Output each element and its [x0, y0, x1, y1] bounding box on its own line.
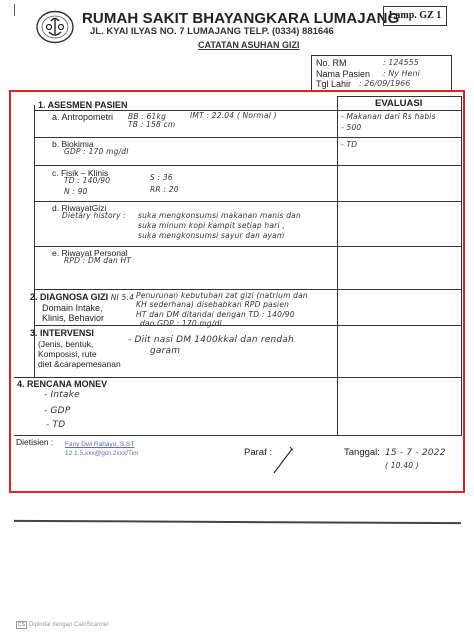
- evaluasi-line1: - Makanan dari Rs habis: [341, 112, 436, 121]
- fisik-rr: RR : 20: [150, 185, 179, 194]
- biokimia-value: GDP : 170 mg/dl: [64, 147, 129, 156]
- intervensi-title: 3. INTERVENSI: [30, 328, 94, 338]
- section-asesmen-title: 1. ASESMEN PASIEN: [38, 100, 128, 110]
- intervensi-line1: - Diit nasi DM 1400kkal dan rendah: [128, 335, 294, 345]
- camscanner-logo-icon: CS: [16, 621, 27, 629]
- row-divider-c: [34, 201, 462, 202]
- paraf-label: Paraf :: [244, 447, 272, 458]
- table-top-border-eval: [337, 96, 461, 97]
- rencana-monev-title: 4. RENCANA MONEV: [17, 379, 107, 389]
- monev-item-gdp: - GDP: [44, 406, 70, 416]
- tanggal-label: Tanggal:: [344, 447, 380, 458]
- evaluasi-line2: - 500: [341, 123, 361, 132]
- police-hospital-emblem-icon: [35, 10, 75, 44]
- table-right-border: [461, 96, 462, 435]
- riwayat-gizi-prefix: Dietary history :: [62, 211, 126, 220]
- intervensi-line2: garam: [150, 346, 180, 356]
- fisik-td: TD : 140/90: [64, 176, 110, 185]
- no-rm-value: : 124555: [383, 58, 419, 69]
- diagnosa-line2: KH sederhana) disebabkan RPD pasien: [136, 300, 289, 309]
- evaluasi-line3: - TD: [341, 140, 357, 149]
- patient-name-value: : Ny Heni: [383, 69, 420, 80]
- dietisien-id-stamp: 12.1.5.xxx@gizi.2xxx/Tim: [65, 450, 139, 457]
- antropometri-imt: IMT : 22.04 ( Normal ): [190, 111, 277, 120]
- monev-item-td: - TD: [46, 420, 65, 430]
- monev-item-intake: - Intake: [44, 390, 80, 400]
- fisik-n: N : 90: [64, 187, 88, 196]
- dob-value: : 26/09/1966: [359, 79, 410, 90]
- diagnosa-domain-label-2: Klinis, Behavior: [42, 313, 104, 323]
- riwayat-gizi-line2: suka minum kopi kampit setiap hari ,: [138, 221, 285, 230]
- row-divider-diagnosa: [34, 325, 462, 326]
- evaluasi-column-title: EVALUASI: [375, 98, 422, 109]
- intervensi-sub-1: (Jenis, bentuk,: [38, 339, 93, 349]
- evaluasi-column-divider: [337, 96, 338, 435]
- tanggal-time: ( 10.40 ): [385, 461, 419, 470]
- form-title: CATATAN ASUHAN GIZI: [198, 40, 300, 50]
- row-divider-e: [34, 289, 462, 290]
- form-code-box: Lamp. GZ 1: [383, 6, 447, 26]
- row-divider-d: [34, 246, 462, 247]
- diagnosa-code: NI 5.4: [111, 293, 134, 302]
- dob-row: Tgl Lahir : 26/09/1966: [316, 79, 451, 90]
- diagnosa-line1: Penurunan kebutuhan zat gizi (natrium da…: [136, 291, 308, 300]
- dob-label: Tgl Lahir: [316, 79, 356, 90]
- row-divider-intervensi: [14, 377, 462, 378]
- riwayat-personal-value: RPD : DM dan HT: [64, 256, 131, 265]
- intervensi-sub-3: diet &carapemesanan: [38, 359, 121, 369]
- tanggal-value: 15 - 7 - 2022: [385, 448, 446, 458]
- patient-identity-box: No. RM : 124555 Nama Pasien : Ny Heni Tg…: [311, 55, 452, 91]
- dietisien-name-stamp: Fany Dwi Rahayu, S.ST: [65, 441, 134, 448]
- riwayat-gizi-line3: suka mengkonsumsi sayur dan ayam: [138, 231, 284, 240]
- antropometri-tb: TB : 158 cm: [128, 120, 175, 129]
- camscanner-watermark: CS Dipindai dengan CamScanner: [16, 621, 109, 629]
- diagnosa-line4: dan GDP : 170 mg/dl: [140, 319, 222, 328]
- page-edge: [14, 4, 15, 16]
- antropometri-label: a. Antropometri: [52, 112, 113, 122]
- diagnosa-line3: HT dan DM ditandai dengan TD : 140/90: [136, 310, 295, 319]
- diagnosa-title: 2. DIAGNOSA GIZI: [30, 292, 108, 302]
- diagnosa-domain-label: Domain Intake,: [42, 303, 103, 313]
- fisik-s: S : 36: [150, 173, 173, 182]
- row-divider-b: [34, 165, 462, 166]
- no-rm-label: No. RM: [316, 58, 380, 69]
- no-rm-row: No. RM : 124555: [316, 58, 451, 69]
- row-divider-monev: [14, 435, 462, 436]
- hospital-name: RUMAH SAKIT BHAYANGKARA LUMAJANG: [82, 10, 399, 27]
- page-bottom-rule: [14, 520, 461, 524]
- signature-icon: [272, 445, 296, 475]
- diagnosa-label: 2. DIAGNOSA GIZI NI 5.4: [30, 292, 134, 302]
- patient-name-row: Nama Pasien : Ny Heni: [316, 69, 451, 80]
- dietisien-label: Dietisien :: [16, 437, 53, 447]
- hospital-address: JL. KYAI ILYAS NO. 7 LUMAJANG TELP. (033…: [90, 26, 334, 37]
- row-divider-a: [34, 137, 462, 138]
- patient-name-label: Nama Pasien: [316, 69, 380, 80]
- camscanner-text: Dipindai dengan CamScanner: [29, 622, 109, 628]
- riwayat-gizi-line1: suka mengkonsumsi makanan manis dan: [138, 211, 301, 220]
- intervensi-sub-2: Komposisi, rute: [38, 349, 97, 359]
